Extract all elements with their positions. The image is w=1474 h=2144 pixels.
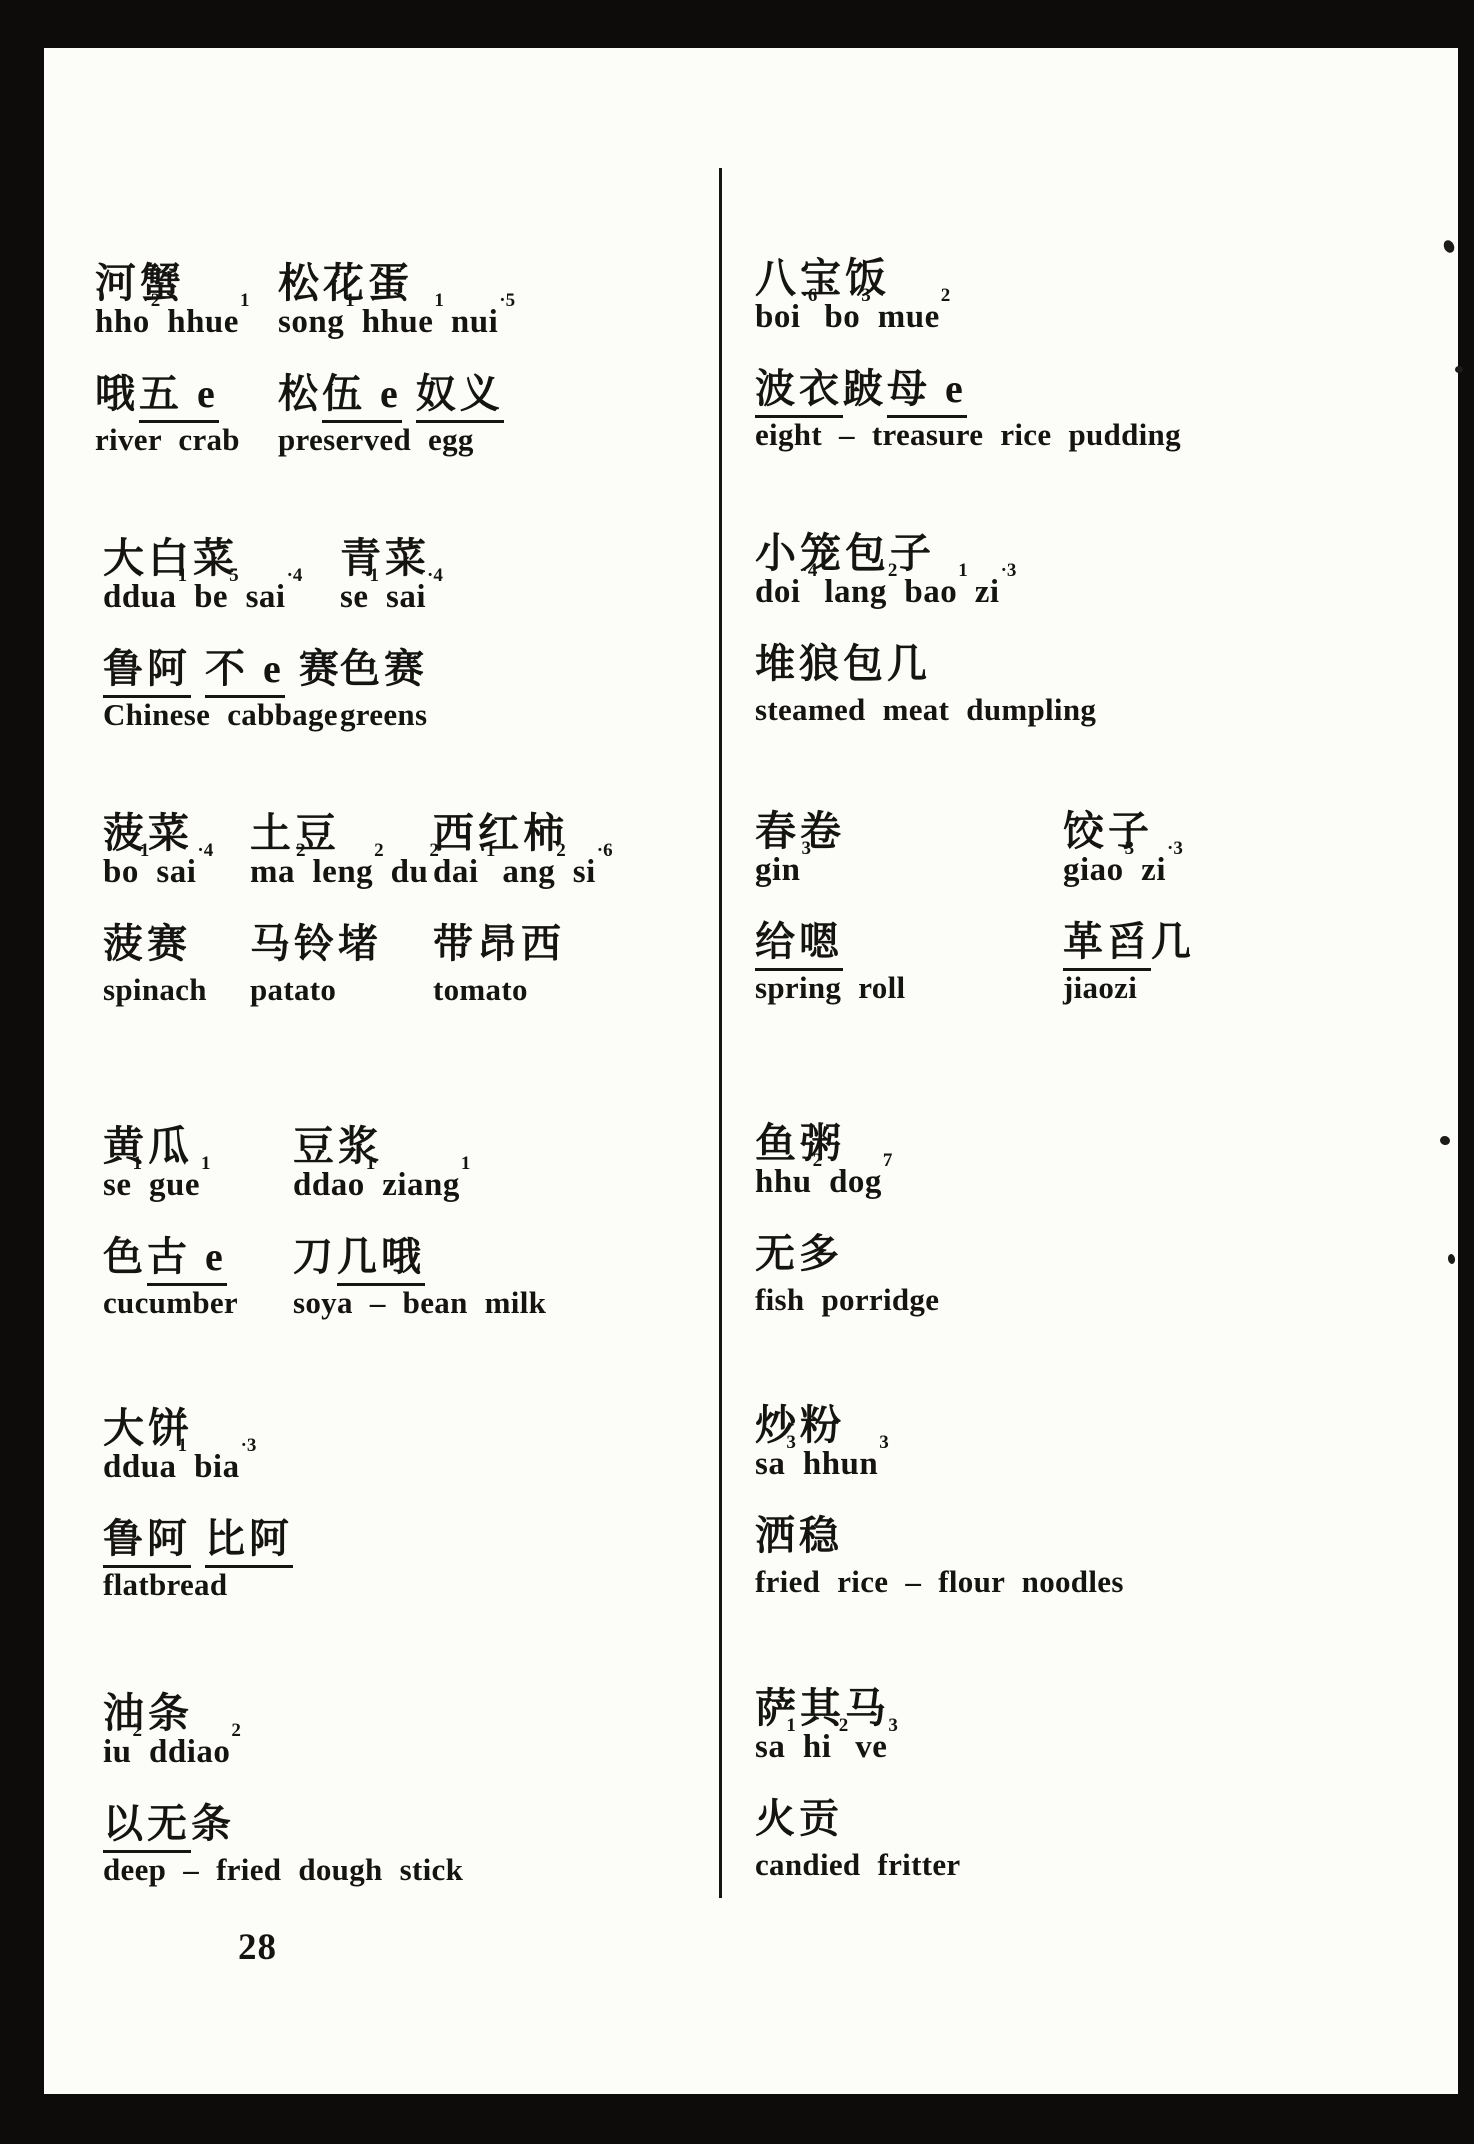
romanization-syllable: bao1 [904, 574, 967, 610]
romanization-syllable: bo1 [103, 854, 149, 890]
romanization-syllable: ddua1 [103, 579, 187, 615]
tone-number: ·6 [597, 840, 613, 861]
romanization-syllable: iu2 [103, 1734, 142, 1770]
romanization: giao3zi·3 [1063, 852, 1190, 889]
scan-speck [1447, 1253, 1456, 1264]
romanization: boi·6bo3mue2 [755, 299, 957, 336]
tone-number: 1 [434, 290, 444, 311]
tone-number: 1 [958, 560, 968, 581]
romanization-syllable: boi·6 [755, 299, 817, 335]
romanization-syllable: ddao1 [293, 1167, 375, 1203]
hanzi-headword: 鱼粥 [755, 1110, 845, 1169]
phonetic-hanzi: 给嗯 [755, 910, 843, 967]
tone-number: 3 [861, 285, 871, 306]
romanization-syllable: hhue1 [362, 304, 444, 340]
tone-number: ·4 [287, 565, 303, 586]
english-translation: tomato [433, 972, 528, 1008]
phonetic-segment-underlined: 不 e [205, 646, 285, 698]
romanization-syllable: mue2 [878, 299, 951, 335]
tone-number: ·4 [427, 565, 443, 586]
phonetic-hanzi: 无多 [755, 1222, 843, 1279]
phonetic-segment-underlined: 几哦 [337, 1234, 425, 1286]
hanzi-headword: 萨其马 [755, 1675, 890, 1734]
phonetic-hanzi: 洒稳 [755, 1504, 843, 1561]
hanzi-headword: 黄瓜 [103, 1113, 193, 1172]
romanization: se1gue1 [103, 1167, 218, 1204]
phonetic-segment-underlined: 五 e [139, 371, 219, 423]
phonetic-segment [191, 1516, 205, 1561]
romanization: ddao1ziang1 [293, 1167, 477, 1204]
page-number: 28 [238, 1926, 277, 1969]
english-translation: deep – fried dough stick [103, 1852, 463, 1888]
tone-number: 1 [370, 565, 380, 586]
phonetic-hanzi: 松伍 e 奴义 [278, 362, 504, 419]
english-translation: greens [340, 697, 427, 733]
english-translation: soya – bean milk [293, 1285, 546, 1321]
scanned-page: 河蟹hho2hhue1哦五 eriver crab松花蛋song1hhue1nu… [0, 0, 1474, 2144]
tone-number: ·5 [499, 290, 515, 311]
phonetic-hanzi: 色古 e [103, 1225, 227, 1282]
romanization-syllable: hi·2 [803, 1729, 848, 1765]
tone-number: 1 [240, 290, 250, 311]
romanization-syllable: leng2 [313, 854, 384, 890]
tone-number: 2 [556, 840, 566, 861]
tone-number: 1 [178, 565, 188, 586]
romanization-syllable: bia·3 [194, 1449, 256, 1485]
english-translation: fried rice – flour noodles [755, 1564, 1124, 1600]
tone-number: 3 [1125, 838, 1135, 859]
romanization-syllable: ddiao2 [149, 1734, 241, 1770]
phonetic-segment-underlined: 比阿 [205, 1516, 293, 1568]
tone-number: 1 [345, 290, 355, 311]
phonetic-segment: 堆狼包几 [755, 641, 931, 686]
tone-number: 1 [366, 1153, 376, 1174]
phonetic-segment-underlined: 古 e [147, 1234, 227, 1286]
hanzi-headword: 小笼包子 [755, 520, 935, 579]
romanization: iu2ddiao2 [103, 1734, 248, 1771]
romanization-syllable: doi·4 [755, 574, 817, 610]
tone-number: 2 [941, 285, 951, 306]
english-translation: preserved egg [278, 422, 474, 458]
romanization-syllable: dai·1 [433, 854, 495, 890]
phonetic-segment-underlined: 以无 [103, 1801, 191, 1853]
phonetic-segment: 色 [103, 1234, 147, 1279]
romanization-syllable: hho2 [95, 304, 160, 340]
tone-number: 5 [229, 565, 239, 586]
phonetic-hanzi: 以无条 [103, 1792, 235, 1849]
romanization-syllable: sai·4 [386, 579, 443, 615]
tone-number: 1 [133, 1153, 143, 1174]
tone-number: ·3 [241, 1435, 257, 1456]
hanzi-headword: 青菜 [340, 525, 430, 584]
english-translation: fish porridge [755, 1282, 939, 1318]
romanization: bo1sai·4 [103, 854, 220, 891]
phonetic-segment: 刀 [293, 1234, 337, 1279]
tone-number: 2 [813, 1150, 823, 1171]
column-divider-line [719, 168, 722, 1898]
romanization-syllable: lang2 [824, 574, 897, 610]
romanization: ddua1be5sai·4 [103, 579, 309, 616]
romanization-syllable: be5 [194, 579, 239, 615]
hanzi-headword: 春卷 [755, 798, 845, 857]
romanization-syllable: sa3 [755, 1446, 796, 1482]
romanization: dai·1ang2si·6 [433, 854, 620, 891]
hanzi-headword: 炒粉 [755, 1392, 845, 1451]
phonetic-segment [402, 371, 416, 416]
phonetic-segment-underlined: 奴义 [416, 371, 504, 423]
tone-number: 1 [178, 1435, 188, 1456]
hanzi-headword: 饺子 [1063, 798, 1153, 857]
tone-number: 3 [786, 1432, 796, 1453]
romanization-syllable: song1 [278, 304, 355, 340]
romanization-syllable: dog7 [829, 1164, 892, 1200]
english-translation: river crab [95, 422, 240, 458]
tone-number: ·2 [832, 1715, 848, 1736]
phonetic-hanzi: 鲁阿 不 e 赛 [103, 637, 343, 694]
romanization-syllable: sai·4 [246, 579, 303, 615]
phonetic-hanzi: 堆狼包几 [755, 632, 931, 689]
phonetic-segment: 洒稳 [755, 1513, 843, 1558]
phonetic-hanzi: 火贡 [755, 1787, 843, 1844]
romanization-syllable: zi·3 [975, 574, 1017, 610]
tone-number: ·3 [1001, 560, 1017, 581]
english-translation: spinach [103, 972, 207, 1008]
english-translation: Chinese cabbage [103, 697, 338, 733]
romanization-syllable: ve3 [855, 1729, 898, 1765]
phonetic-hanzi: 革舀几 [1063, 910, 1195, 967]
hanzi-headword: 油条 [103, 1680, 193, 1739]
romanization: song1hhue1nui·5 [278, 304, 522, 341]
romanization-syllable: se1 [340, 579, 379, 615]
romanization-syllable: sai·4 [156, 854, 213, 890]
romanization: ddua1bia·3 [103, 1449, 263, 1486]
tone-number: 2 [296, 840, 306, 861]
romanization-syllable: zi·3 [1141, 852, 1183, 888]
tone-number: 1 [140, 840, 150, 861]
tone-number: 1 [201, 1153, 211, 1174]
english-translation: eight – treasure rice pudding [755, 417, 1181, 453]
romanization: sa1hi·2ve3 [755, 1729, 905, 1766]
phonetic-segment: 带昂西 [433, 921, 565, 966]
scan-speck [1442, 238, 1457, 254]
romanization-syllable: ma2 [250, 854, 306, 890]
romanization-syllable: se1 [103, 1167, 142, 1203]
scan-speck [1455, 366, 1463, 373]
romanization-syllable: si·6 [573, 854, 613, 890]
romanization-syllable: nui·5 [451, 304, 515, 340]
romanization-syllable: ziang1 [382, 1167, 470, 1203]
phonetic-hanzi: 波衣跛母 e [755, 357, 967, 414]
english-translation: cucumber [103, 1285, 238, 1321]
phonetic-segment-underlined: 鲁阿 [103, 1516, 191, 1568]
phonetic-segment: 色赛 [340, 646, 428, 691]
phonetic-hanzi: 哦五 e [95, 362, 219, 419]
phonetic-segment: 跛 [843, 366, 887, 411]
phonetic-segment: 几 [1151, 919, 1195, 964]
tone-number: 1 [786, 1715, 796, 1736]
phonetic-segment: 条 [191, 1801, 235, 1846]
romanization: hhu2dog7 [755, 1164, 899, 1201]
tone-number: 7 [883, 1150, 893, 1171]
scan-speck [1439, 1135, 1451, 1146]
english-translation: flatbread [103, 1567, 227, 1603]
tone-number: 2 [151, 290, 161, 311]
romanization-syllable: du2 [391, 854, 439, 890]
phonetic-segment-underlined: 给嗯 [755, 919, 843, 971]
romanization: se1sai·4 [340, 579, 450, 616]
english-translation: candied fritter [755, 1847, 960, 1883]
romanization: gin3 [755, 852, 818, 889]
romanization-syllable: hhue1 [167, 304, 249, 340]
phonetic-segment: 赛 [285, 646, 343, 691]
tone-number: 3 [802, 838, 812, 859]
phonetic-segment-underlined: 母 e [887, 366, 967, 418]
english-translation: spring roll [755, 970, 905, 1006]
tone-number: 2 [231, 1720, 241, 1741]
romanization-syllable: bo3 [824, 299, 870, 335]
phonetic-segment-underlined: 革舀 [1063, 919, 1151, 971]
romanization-syllable: giao3 [1063, 852, 1134, 888]
page-content: 河蟹hho2hhue1哦五 eriver crab松花蛋song1hhue1nu… [0, 0, 1474, 2144]
phonetic-segment-underlined: 波衣 [755, 366, 843, 418]
phonetic-segment: 松 [278, 371, 322, 416]
romanization: sa3hhun3 [755, 1446, 896, 1483]
english-translation: jiaozi [1063, 970, 1137, 1006]
english-translation: patato [250, 972, 336, 1008]
tone-number: 2 [374, 840, 384, 861]
hanzi-headword: 河蟹 [95, 250, 185, 309]
tone-number: 2 [888, 560, 898, 581]
romanization: ma2leng2du2 [250, 854, 446, 891]
phonetic-hanzi: 菠赛 [103, 912, 191, 969]
romanization-syllable: ang2 [502, 854, 565, 890]
phonetic-segment: 哦 [95, 371, 139, 416]
phonetic-segment-underlined: 鲁阿 [103, 646, 191, 698]
romanization-syllable: gin3 [755, 852, 811, 888]
tone-number: ·6 [802, 285, 818, 306]
romanization-syllable: ddua1 [103, 1449, 187, 1485]
tone-number: 1 [461, 1153, 471, 1174]
english-translation: steamed meat dumpling [755, 692, 1096, 728]
tone-number: ·4 [197, 840, 213, 861]
phonetic-segment: 马铃堵 [250, 921, 382, 966]
romanization-syllable: hhun3 [803, 1446, 889, 1482]
phonetic-segment: 无多 [755, 1231, 843, 1276]
hanzi-headword: 大白菜 [103, 525, 238, 584]
phonetic-hanzi: 马铃堵 [250, 912, 382, 969]
romanization-syllable: sa1 [755, 1729, 796, 1765]
phonetic-segment [191, 646, 205, 691]
tone-number: ·3 [1167, 838, 1183, 859]
romanization-syllable: gue1 [149, 1167, 211, 1203]
tone-number: 3 [888, 1715, 898, 1736]
phonetic-segment-underlined: 伍 e [322, 371, 402, 423]
tone-number: 2 [133, 1720, 143, 1741]
hanzi-headword: 西红柿 [433, 800, 568, 859]
romanization: hho2hhue1 [95, 304, 256, 341]
hanzi-headword: 土豆 [250, 800, 340, 859]
tone-number: ·1 [480, 840, 496, 861]
phonetic-segment: 菠赛 [103, 921, 191, 966]
phonetic-hanzi: 鲁阿 比阿 [103, 1507, 293, 1564]
phonetic-hanzi: 带昂西 [433, 912, 565, 969]
romanization: doi·4lang2bao1zi·3 [755, 574, 1023, 611]
romanization-syllable: hhu2 [755, 1164, 822, 1200]
phonetic-hanzi: 刀几哦 [293, 1225, 425, 1282]
tone-number: 3 [879, 1432, 889, 1453]
tone-number: ·4 [802, 560, 818, 581]
phonetic-hanzi: 色赛 [340, 637, 428, 694]
phonetic-segment: 火贡 [755, 1796, 843, 1841]
